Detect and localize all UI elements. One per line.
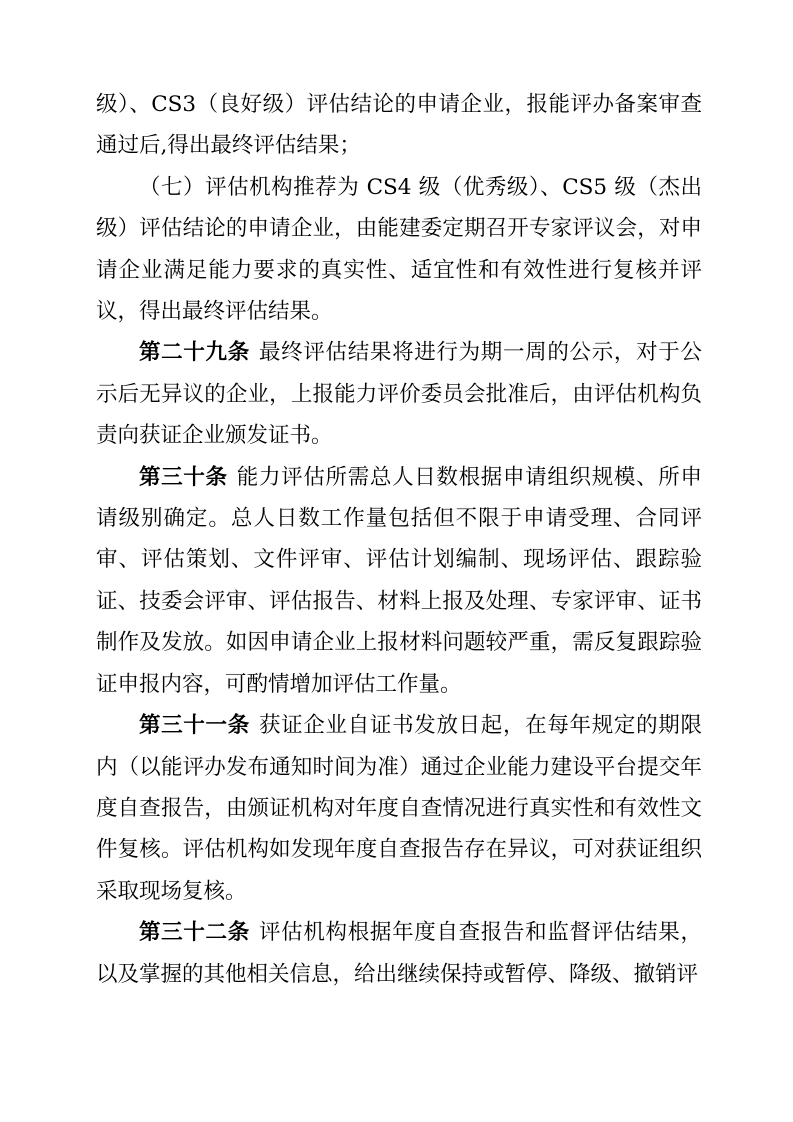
article-number: 第二十九条 [139,340,250,365]
article-number: 第三十条 [139,465,228,490]
paragraph-item-seven: （七）评估机构推荐为 CS4 级（优秀级）、CS5 级（杰出级）评估结论的申请企… [96,167,702,333]
article-number: 第三十二条 [139,920,250,945]
paragraph-text: 获证企业自证书发放日起，在每年规定的期限内（以能评办发布通知时间为准）通过企业能… [96,713,702,904]
paragraph-text: 能力评估所需总人日数根据申请组织规模、所申请级别确定。总人日数工作量包括但不限于… [96,465,702,697]
paragraph-text: 级）、CS3（良好级）评估结论的申请企业，报能评办备案审查通过后,得出最终评估结… [96,92,702,158]
paragraph-article-31: 第三十一条获证企业自证书发放日起，在每年规定的期限内（以能评办发布通知时间为准）… [96,705,702,912]
paragraph-article-29: 第二十九条最终评估结果将进行为期一周的公示，对于公示后无异议的企业，上报能力评价… [96,332,702,456]
paragraph-article-32: 第三十二条评估机构根据年度自查报告和监督评估结果，以及掌握的其他相关信息，给出继… [96,912,702,995]
paragraph-article-30: 第三十条能力评估所需总人日数根据申请组织规模、所申请级别确定。总人日数工作量包括… [96,457,702,705]
document-page: 级）、CS3（良好级）评估结论的申请企业，报能评办备案审查通过后,得出最终评估结… [0,0,793,1122]
paragraph-continuation: 级）、CS3（良好级）评估结论的申请企业，报能评办备案审查通过后,得出最终评估结… [96,84,702,167]
document-text-block: 级）、CS3（良好级）评估结论的申请企业，报能评办备案审查通过后,得出最终评估结… [96,84,702,995]
article-number: 第三十一条 [139,713,250,738]
paragraph-text: （七）评估机构推荐为 CS4 级（优秀级）、CS5 级（杰出级）评估结论的申请企… [96,175,702,324]
